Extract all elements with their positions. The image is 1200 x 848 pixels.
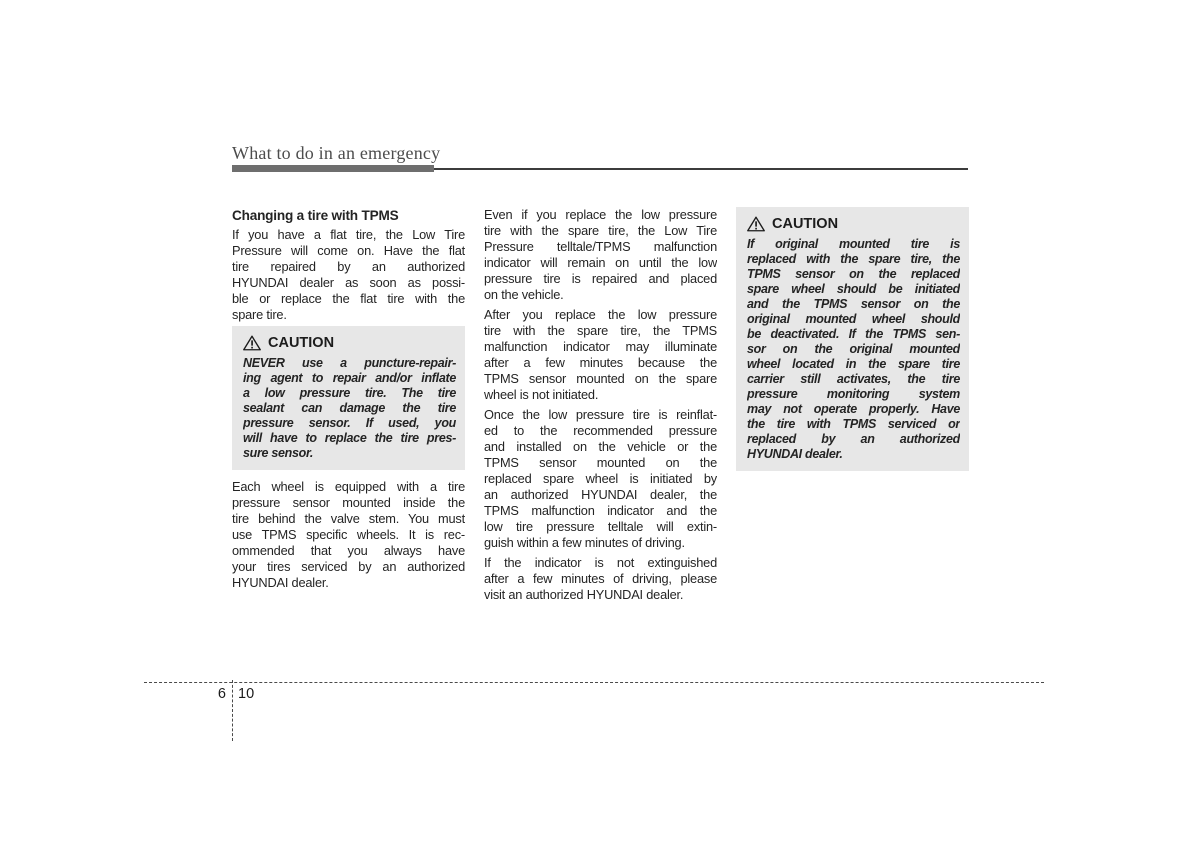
footer-dashed-divider <box>232 680 233 741</box>
caution-label: CAUTION <box>268 335 334 351</box>
text-line: your tires serviced by an authorized <box>232 559 465 575</box>
text-line: replaced by an authorized <box>747 432 960 447</box>
caution-header: CAUTION <box>243 333 456 353</box>
warning-triangle-icon <box>747 216 765 232</box>
footer-dashed-rule <box>144 682 1044 683</box>
text-line: tire repaired by an authorized <box>232 259 465 275</box>
caution-label: CAUTION <box>772 216 838 232</box>
text-line: low tire pressure telltale will extin- <box>484 519 717 535</box>
text-line: Even if you replace the low pressure <box>484 207 717 223</box>
text-line: replaced spare wheel is initiated by <box>484 471 717 487</box>
text-line: ing agent to repair and/or inflate <box>243 371 456 386</box>
warning-triangle-icon <box>243 335 261 351</box>
text-line: TPMS malfunction indicator and the <box>484 503 717 519</box>
paragraph: If you have a flat tire, the Low TirePre… <box>232 227 465 323</box>
paragraph: Each wheel is equipped with a tirepressu… <box>232 479 465 591</box>
text-line: tire with the spare tire, the Low Tire <box>484 223 717 239</box>
text-line: pressure monitoring system <box>747 387 960 402</box>
text-line: original mounted wheel should <box>747 312 960 327</box>
text-line: visit an authorized HYUNDAI dealer. <box>484 587 717 603</box>
text-line: TPMS sensor on the replaced <box>747 267 960 282</box>
text-line: use TPMS specific wheels. It is rec- <box>232 527 465 543</box>
column-left: Changing a tire with TPMS If you have a … <box>232 207 465 591</box>
text-line: pressure sensor mounted inside the <box>232 495 465 511</box>
text-line: will have to replace the tire pres- <box>243 431 456 446</box>
text-line: sor on the original mounted <box>747 342 960 357</box>
text-line: tire behind the valve stem. You must <box>232 511 465 527</box>
text-line: malfunction indicator may illuminate <box>484 339 717 355</box>
text-line: tire with the spare tire, the TPMS <box>484 323 717 339</box>
text-line: TPMS sensor mounted on the spare <box>484 371 717 387</box>
running-header-title: What to do in an emergency <box>232 143 440 163</box>
text-line: After you replace the low pressure <box>484 307 717 323</box>
text-line: ed to the recommended pressure <box>484 423 717 439</box>
footer-page-number: 10 <box>238 686 254 702</box>
text-line: wheel is not initiated. <box>484 387 717 403</box>
text-line: Pressure will come on. Have the flat <box>232 243 465 259</box>
text-line: spare tire. <box>232 307 465 323</box>
caution-box-tire-sealant: CAUTION NEVER use a puncture-repair-ing … <box>232 326 465 470</box>
caution-header: CAUTION <box>747 214 960 234</box>
text-line: pressure tire is repaired and placed <box>484 271 717 287</box>
header-rule-thick <box>232 165 434 172</box>
text-line: HYUNDAI dealer. <box>232 575 465 591</box>
text-line: Once the low pressure tire is reinflat- <box>484 407 717 423</box>
text-line: ble or replace the flat tire with the <box>232 291 465 307</box>
caution-text: If original mounted tire isreplaced with… <box>747 237 960 462</box>
text-line: the tire with TPMS serviced or <box>747 417 960 432</box>
text-line: Pressure telltale/TPMS malfunction <box>484 239 717 255</box>
text-line: after a few minutes of driving, please <box>484 571 717 587</box>
footer-section-number: 6 <box>198 686 226 702</box>
text-line: ommended that you always have <box>232 543 465 559</box>
text-line: If the indicator is not extinguished <box>484 555 717 571</box>
text-line: on the vehicle. <box>484 287 717 303</box>
text-line: and the TPMS sensor on the <box>747 297 960 312</box>
text-line: spare wheel should be initiated <box>747 282 960 297</box>
text-line: HYUNDAI dealer. <box>747 447 960 462</box>
text-line: If you have a flat tire, the Low Tire <box>232 227 465 243</box>
paragraph: Once the low pressure tire is reinflat-e… <box>484 407 717 551</box>
text-line: indicator will remain on until the low <box>484 255 717 271</box>
text-line: be deactivated. If the TPMS sen- <box>747 327 960 342</box>
text-line: pressure sensor. If used, you <box>243 416 456 431</box>
paragraph: Even if you replace the low pressuretire… <box>484 207 717 303</box>
text-line: and installed on the vehicle or the <box>484 439 717 455</box>
text-line: TPMS sensor mounted on the <box>484 455 717 471</box>
text-line: replaced with the spare tire, the <box>747 252 960 267</box>
text-line: HYUNDAI dealer as soon as possi- <box>232 275 465 291</box>
text-line: may not operate properly. Have <box>747 402 960 417</box>
paragraph: If the indicator is not extinguishedafte… <box>484 555 717 603</box>
column-right: CAUTION If original mounted tire isrepla… <box>736 207 969 471</box>
caution-box-tpms-sensor: CAUTION If original mounted tire isrepla… <box>736 207 969 471</box>
text-line: Each wheel is equipped with a tire <box>232 479 465 495</box>
manual-page: What to do in an emergency Changing a ti… <box>0 0 1200 848</box>
text-line: a low pressure tire. The tire <box>243 386 456 401</box>
text-line: an authorized HYUNDAI dealer, the <box>484 487 717 503</box>
text-line: If original mounted tire is <box>747 237 960 252</box>
column-middle: Even if you replace the low pressuretire… <box>484 207 717 603</box>
text-line: after a few minutes because the <box>484 355 717 371</box>
text-line: wheel located in the spare tire <box>747 357 960 372</box>
section-heading: Changing a tire with TPMS <box>232 207 465 224</box>
text-line: sure sensor. <box>243 446 456 461</box>
text-line: NEVER use a puncture-repair- <box>243 356 456 371</box>
text-line: sealant can damage the tire <box>243 401 456 416</box>
text-line: carrier still activates, the tire <box>747 372 960 387</box>
paragraph: After you replace the low pressuretire w… <box>484 307 717 403</box>
text-line: guish within a few minutes of driving. <box>484 535 717 551</box>
caution-text: NEVER use a puncture-repair-ing agent to… <box>243 356 456 461</box>
